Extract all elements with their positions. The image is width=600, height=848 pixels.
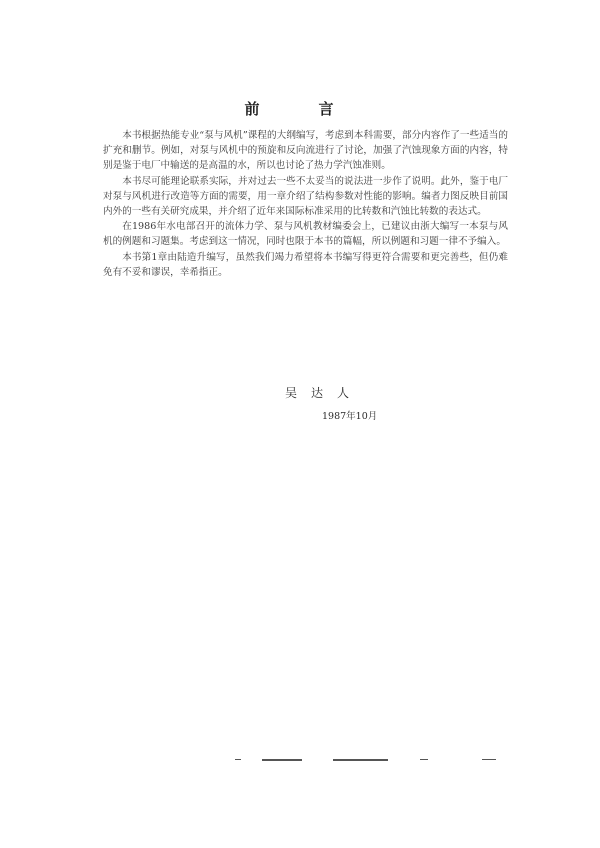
preface-body: 本书根据热能专业“泵与风机”课程的大纲编写，考虑到本科需要，部分内容作了一些适当… — [103, 128, 508, 280]
scan-mark — [262, 759, 302, 761]
page-title: 前 言 — [0, 98, 600, 119]
author-signature: 吴达人 — [285, 384, 363, 401]
paragraph-2: 本书尽可能理论联系实际，并对过去一些不太妥当的说法进一步作了说明。此外，鉴于电厂… — [103, 174, 508, 220]
scan-mark — [482, 759, 496, 760]
signature-date: 1987年10月 — [322, 408, 377, 422]
paragraph-4: 本书第1章由陆造升编写，虽然我们竭力希望将本书编写得更符合需要和更完善些，但仍难… — [103, 250, 508, 280]
scan-mark — [235, 759, 241, 760]
scan-mark — [333, 759, 388, 761]
paragraph-1: 本书根据热能专业“泵与风机”课程的大纲编写，考虑到本科需要，部分内容作了一些适当… — [103, 128, 508, 174]
paragraph-3: 在1986年水电部召开的流体力学、泵与风机教材编委会上，已建议由浙大编写一本泵与… — [103, 219, 508, 249]
scan-mark — [420, 759, 428, 760]
